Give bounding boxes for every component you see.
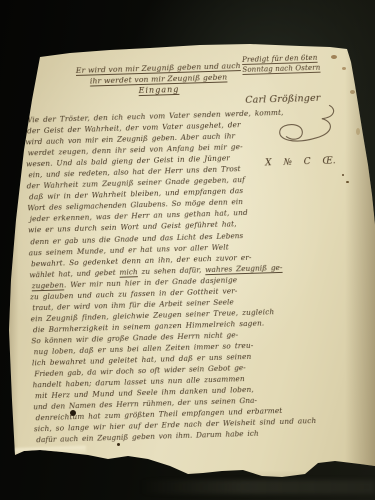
header-right-note: Predigt für den 6ten Sonntag nach Ostern bbox=[242, 52, 343, 75]
margin-notation: X № C Œ. bbox=[265, 156, 336, 168]
photo-background: Er wird von mir Zeugniß geben und auch i… bbox=[0, 0, 375, 500]
handwritten-content: Er wird von mir Zeugniß geben und auch i… bbox=[0, 0, 375, 500]
header-right-line: Sonntag nach Ostern bbox=[242, 62, 342, 75]
body-text: Wie der Tröster, den ich euch vom Vater … bbox=[25, 107, 273, 445]
manuscript-page: Er wird von mir Zeugniß geben und auch i… bbox=[0, 0, 375, 500]
table-sheen bbox=[140, 480, 375, 494]
title-block: Er wird von mir Zeugniß geben und auch i… bbox=[58, 60, 259, 99]
